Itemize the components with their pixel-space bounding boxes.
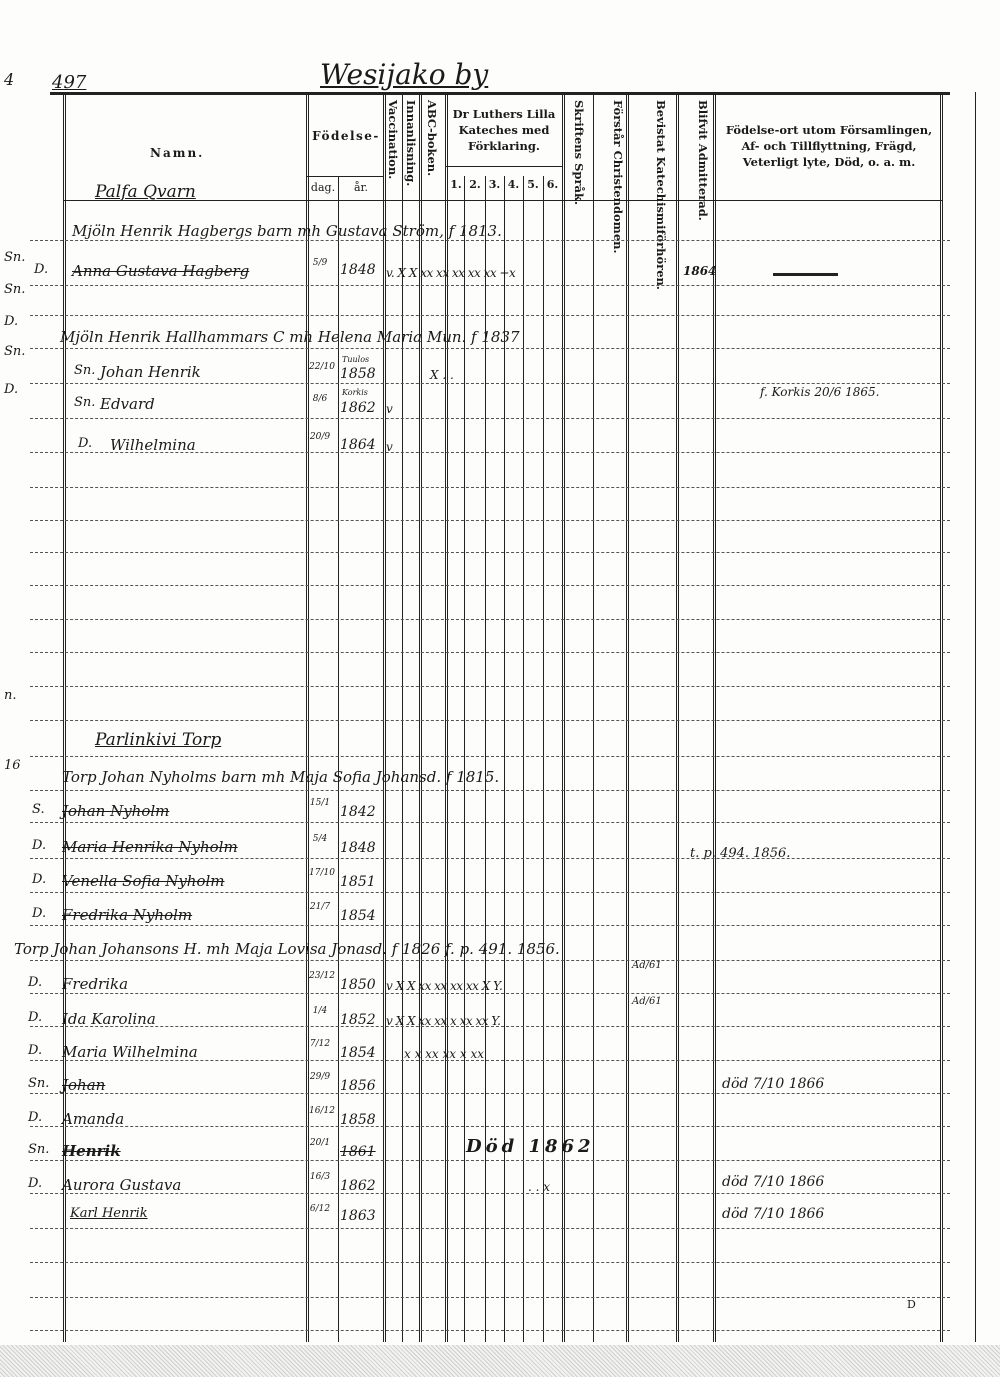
row-rule: [30, 487, 950, 488]
left-margin-mark: D.: [4, 314, 18, 329]
birth-day: 17/10: [309, 868, 331, 878]
row-rule: [30, 383, 950, 384]
birth-year: 1850: [340, 977, 376, 993]
row-rule: [30, 552, 950, 553]
footer-mark: D: [907, 1298, 916, 1311]
margin-mark: D.: [32, 838, 46, 853]
col-line: [464, 176, 465, 1342]
row-rule: [30, 720, 950, 721]
birth-year: 1852: [340, 1012, 376, 1028]
margin-mark: D.: [28, 1043, 42, 1058]
reading-marks: v: [386, 440, 393, 454]
margin-mark: D.: [28, 975, 42, 990]
attended-note: Ad/61: [632, 960, 662, 971]
header-remarks: Födelse-ort utom Församlingen, Af- och T…: [722, 122, 936, 170]
row-rule: [30, 285, 950, 286]
birth-day: 20/9: [309, 432, 331, 442]
member-name: Ida Karolina: [62, 1010, 156, 1028]
birth-year: 1854: [340, 1045, 376, 1061]
margin-mark: Sn.: [28, 1076, 49, 1091]
row-rule: [30, 240, 950, 241]
header-birth-day: dag.: [308, 180, 338, 196]
birth-year: 1864: [340, 437, 376, 453]
col-line: [504, 176, 505, 1342]
col-line: [626, 92, 629, 1342]
place-heading: Palfa Qvarn: [95, 182, 196, 202]
member-name: Fredrika Nyholm: [62, 906, 192, 924]
margin-mark: D.: [34, 262, 48, 277]
row-rule: [30, 960, 950, 961]
member-name: Fredrika: [62, 975, 128, 993]
admitted-year: 1864: [683, 264, 716, 278]
birth-day: 5/4: [309, 834, 331, 844]
row-rule: [30, 1297, 950, 1298]
remark: t. p. 494. 1856.: [690, 846, 790, 861]
birth-year: 1861: [340, 1144, 376, 1160]
birth-subrule: [306, 176, 383, 177]
corner-mark: 4: [4, 70, 14, 89]
member-name: Anna Gustava Hagberg: [72, 262, 249, 280]
col-line: [338, 176, 339, 1342]
header-admitted: Blifvit Admitterad.: [683, 100, 709, 221]
col-line: [523, 176, 524, 1342]
remark: död 7/10 1866: [722, 1206, 824, 1222]
margin-mark: D.: [78, 436, 92, 451]
row-rule: [30, 892, 950, 893]
row-rule: [30, 315, 950, 316]
catechism-subrule: [445, 166, 562, 167]
header-scripture: Skriftens Språk.: [572, 100, 585, 205]
reading-marks: x x xx xx x xx: [404, 1047, 484, 1061]
birth-year: 1842: [340, 804, 376, 820]
row-rule: [30, 756, 950, 757]
household-head: Torp Johan Johansons H. mh Maja Lovisa J…: [14, 940, 560, 958]
birth-year: 1848: [340, 262, 376, 278]
header-name: Namn.: [150, 145, 204, 161]
birth-day: 29/9: [309, 1072, 331, 1082]
member-name: Maria Wilhelmina: [62, 1043, 198, 1061]
left-margin-mark: Sn.: [4, 282, 25, 297]
birth-year: 1854: [340, 908, 376, 924]
margin-mark: D.: [32, 872, 46, 887]
birth-day: 8/6: [309, 394, 331, 404]
row-rule: [30, 925, 950, 926]
row-rule: [30, 993, 950, 994]
member-name: Wilhelmina: [110, 436, 196, 454]
household-head: Mjöln Henrik Hallhammars C mh Helena Mar…: [60, 328, 520, 346]
margin-mark: D.: [28, 1010, 42, 1025]
birth-day: 21/7: [309, 902, 331, 912]
left-margin-mark: Sn.: [4, 344, 25, 359]
scan-edge-noise: [0, 1345, 1000, 1377]
reading-marks: . . x: [528, 1180, 550, 1194]
col-line: [676, 92, 679, 1342]
header-attended: Bevistat Katechismiförhören.: [637, 100, 667, 290]
birth-day: 7/12: [309, 1039, 331, 1049]
page-number: 497: [52, 72, 86, 93]
death-note: Död 1862: [466, 1136, 595, 1157]
birth-day: 6/12: [309, 1204, 331, 1214]
row-rule: [30, 619, 950, 620]
attended-note: Ad/61: [632, 996, 662, 1007]
birthplace-note: Korkis: [342, 388, 368, 397]
margin-mark: D.: [28, 1176, 42, 1191]
row-rule: [30, 652, 950, 653]
row-rule: [30, 520, 950, 521]
reading-marks: v. X X xx xx xx xx xx +x: [386, 266, 515, 280]
household-head: Mjöln Henrik Hagbergs barn mh Gustava St…: [72, 222, 502, 240]
birth-year: 1858: [340, 366, 376, 382]
col-line: [543, 176, 544, 1342]
birthplace-note: Tuulos: [342, 355, 369, 364]
birth-year: 1862: [340, 1178, 376, 1194]
header-understands: Förstår Christendomen.: [598, 100, 624, 254]
birth-day: 15/1: [309, 798, 331, 808]
birth-day: 16/3: [309, 1172, 331, 1182]
place-heading: Parlinkivi Torp: [95, 730, 221, 750]
household-head: Torp Johan Nyholms barn mh Maja Sofia Jo…: [62, 768, 499, 786]
remark: f. Korkis 20/6 1865.: [760, 385, 879, 399]
row-rule: [30, 585, 950, 586]
row-rule: [30, 1160, 950, 1161]
left-margin-mark: D.: [4, 382, 18, 397]
margin-mark: D.: [32, 906, 46, 921]
row-rule: [30, 686, 950, 687]
left-margin-mark: n.: [4, 688, 17, 703]
header-vaccination: Vaccination.: [386, 100, 399, 179]
reading-marks: v X X xx xx x xx xx Y.: [386, 1014, 500, 1028]
row-rule: [30, 418, 950, 419]
row-rule: [30, 1330, 950, 1331]
row-rule: [30, 1228, 950, 1229]
birth-day: 22/10: [309, 362, 331, 372]
col-line: [975, 92, 976, 1342]
row-rule: [30, 858, 950, 859]
row-rule: [30, 822, 950, 823]
birth-year: 1851: [340, 874, 376, 890]
birth-day: 5/9: [309, 258, 331, 268]
birth-year: 1862: [340, 400, 376, 416]
remark: död 7/10 1866: [722, 1174, 824, 1190]
member-name: Venella Sofia Nyholm: [62, 872, 225, 890]
margin-mark: Sn.: [74, 395, 95, 410]
birth-year: 1863: [340, 1208, 376, 1224]
col-line: [485, 176, 486, 1342]
col-line: [713, 92, 716, 1342]
top-rule: [50, 92, 950, 95]
birth-day: 23/12: [309, 971, 331, 981]
row-rule: [30, 790, 950, 791]
member-name: Edvard: [100, 395, 155, 413]
member-name: Maria Henrika Nyholm: [62, 838, 238, 856]
birth-year: 1858: [340, 1112, 376, 1128]
birth-day: 16/12: [309, 1106, 331, 1116]
birth-day: 1/4: [309, 1006, 331, 1016]
row-rule: [30, 348, 950, 349]
header-reading: Innanlisning.: [404, 100, 417, 186]
member-name: Johan: [62, 1076, 105, 1094]
reading-marks: v X X xx xx xx xx X Y.: [386, 979, 502, 993]
col-line: [306, 92, 309, 1342]
row-rule: [30, 1126, 950, 1127]
member-name: Henrik: [62, 1142, 121, 1160]
margin-mark: Sn.: [74, 363, 95, 378]
left-margin-mark: Sn.: [4, 250, 25, 265]
birth-year: 1856: [340, 1078, 376, 1094]
row-rule: [30, 1093, 950, 1094]
margin-mark: D.: [28, 1110, 42, 1125]
header-birth-year: år.: [340, 180, 382, 196]
reading-marks: v: [386, 402, 393, 416]
catechism-numbers: 1. 2. 3. 4. 5. 6.: [447, 178, 563, 191]
header-catechism: Dr Luthers Lilla Kateches med Förklaring…: [448, 106, 560, 154]
margin-mark: S.: [32, 802, 45, 817]
member-name: Johan Nyholm: [62, 802, 169, 820]
member-name: Johan Henrik: [100, 363, 201, 381]
village-title: Wesijako by: [320, 58, 488, 91]
member-name: Aurora Gustava: [62, 1176, 181, 1194]
col-line: [940, 92, 943, 1342]
reading-marks: X . .: [430, 368, 454, 382]
left-margin-mark: 16: [4, 758, 21, 773]
header-abc: ABC-boken.: [425, 100, 438, 176]
margin-mark: Sn.: [28, 1142, 49, 1157]
member-name: Karl Henrik: [70, 1206, 148, 1221]
member-name: Amanda: [62, 1110, 124, 1128]
header-birth: Födelse-: [310, 128, 382, 144]
remark: död 7/10 1866: [722, 1076, 824, 1092]
birth-year: 1848: [340, 840, 376, 856]
row-rule: [30, 1262, 950, 1263]
struck-remark: [773, 273, 838, 276]
birth-day: 20/1: [309, 1138, 331, 1148]
